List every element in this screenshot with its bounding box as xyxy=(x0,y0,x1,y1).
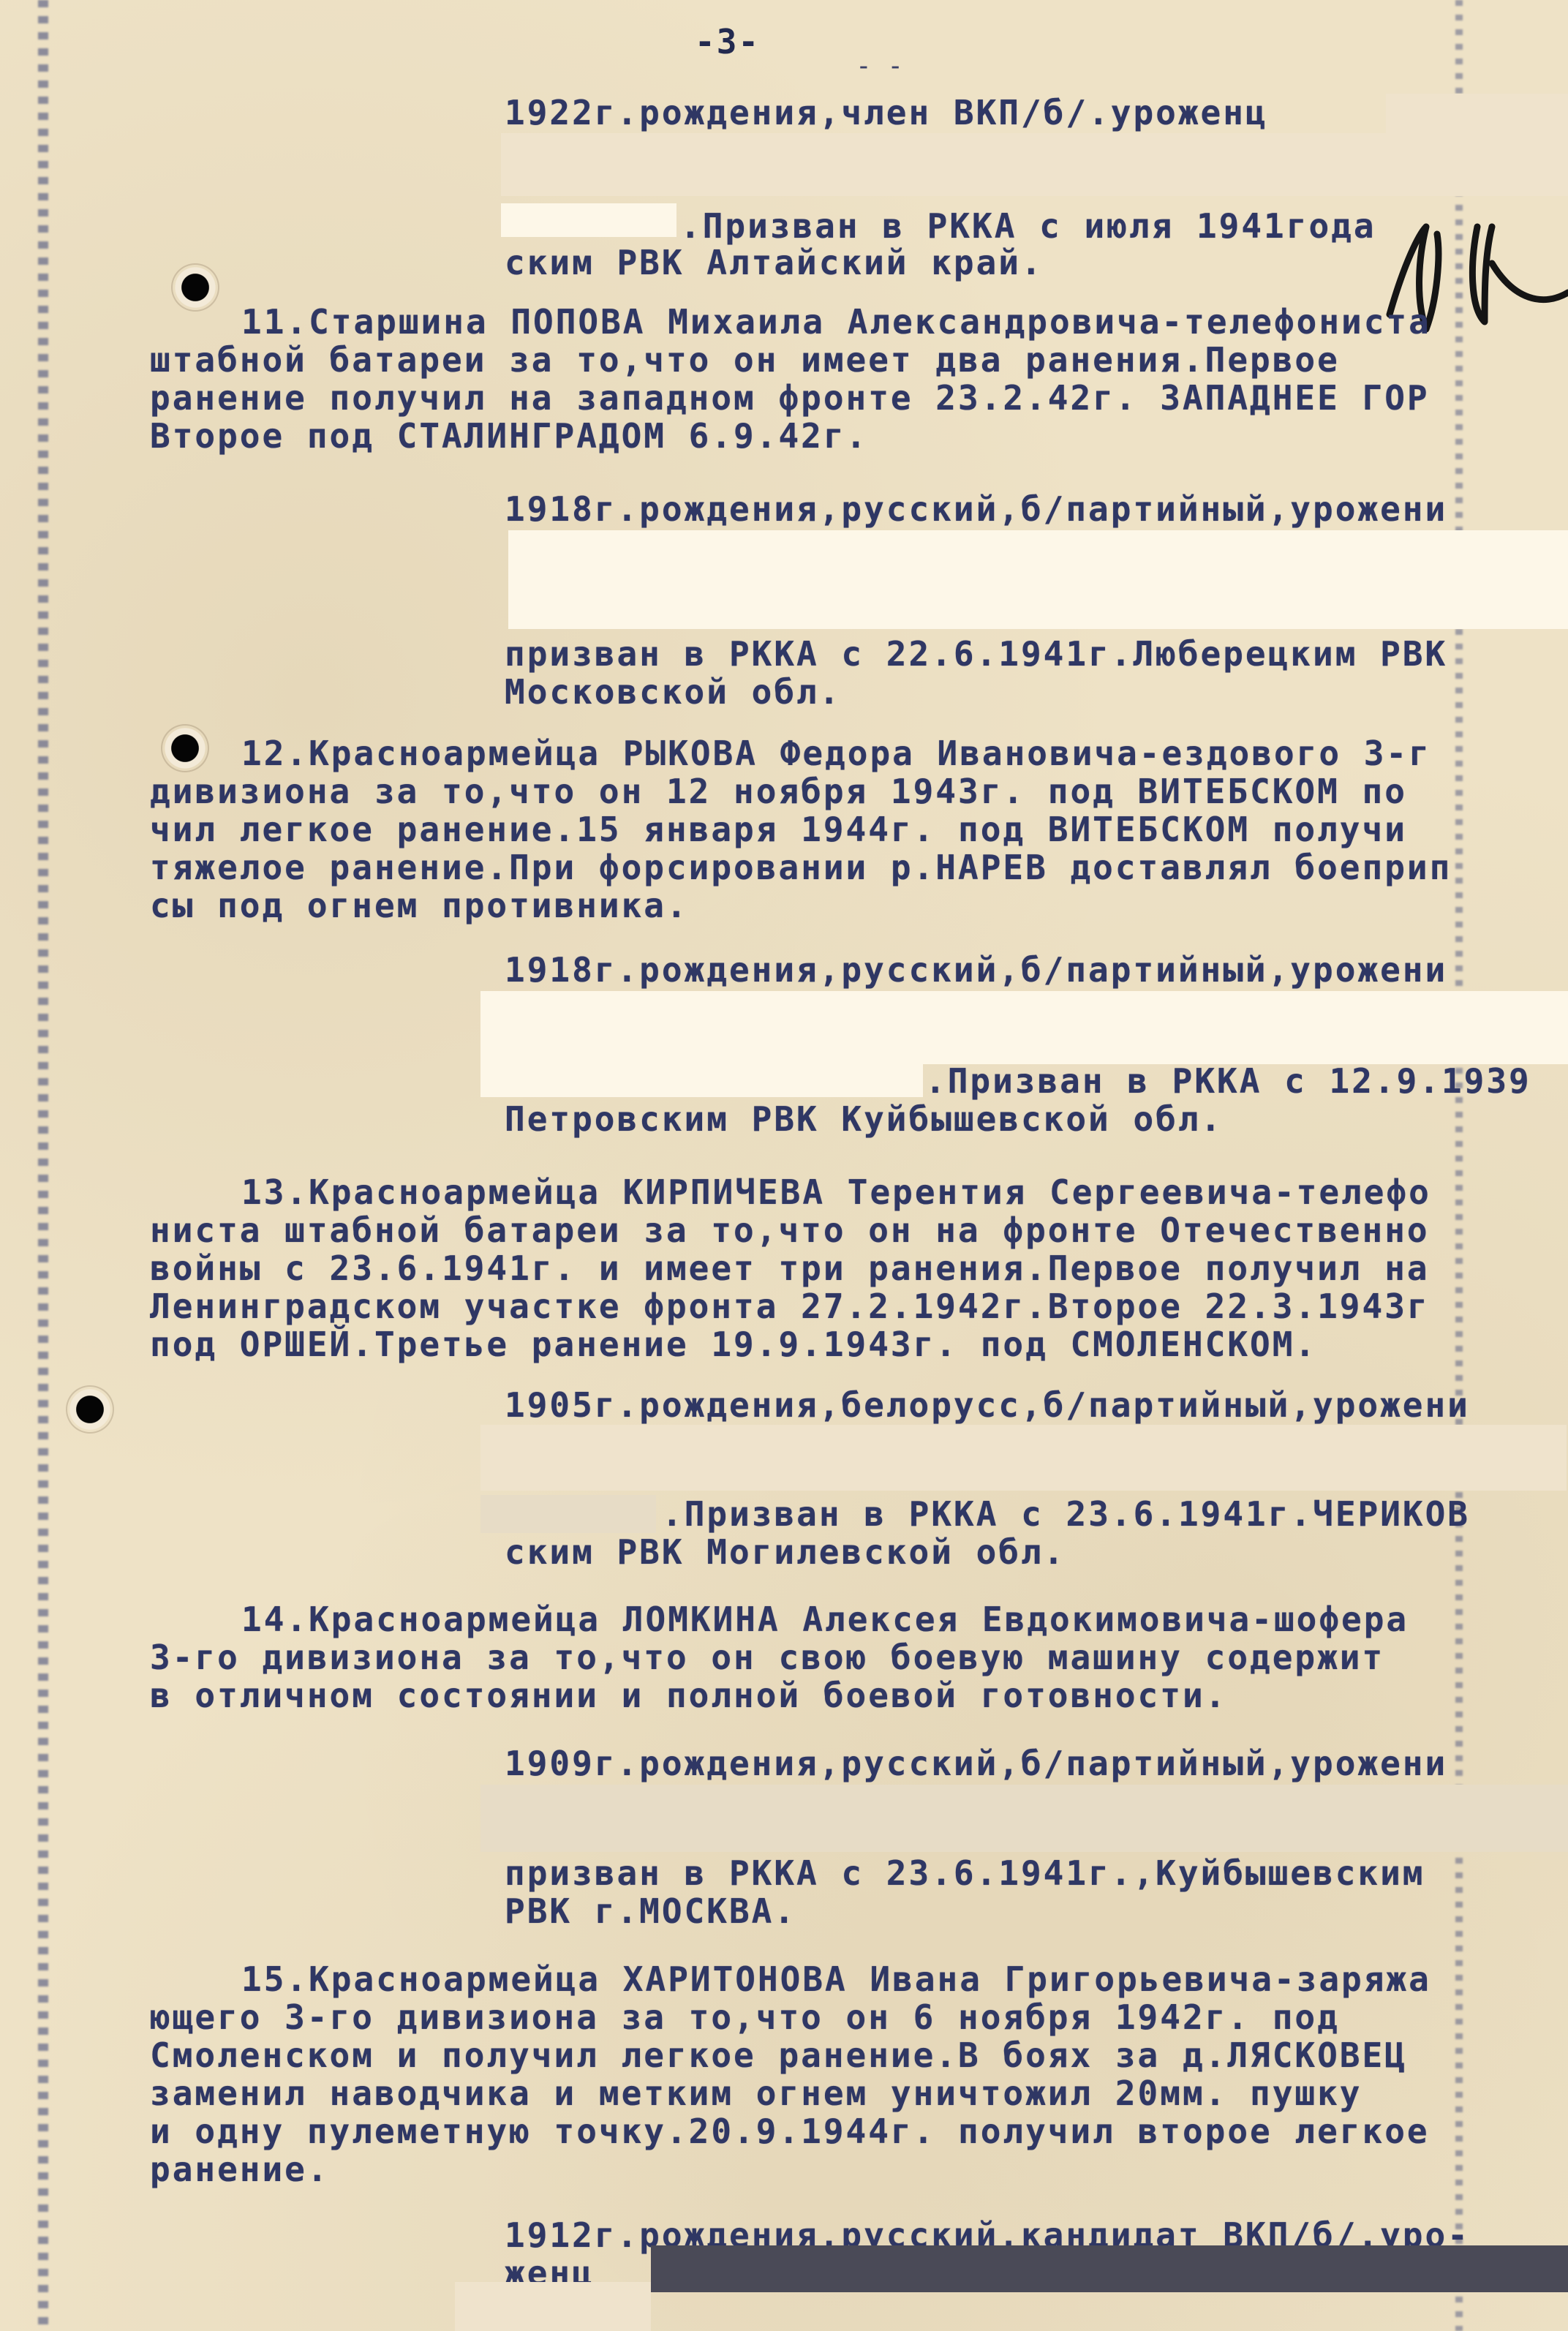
citation-line: заменил наводчика и метким огнем уничтож… xyxy=(150,2074,1362,2112)
details-line: призван в РККА с 22.6.1941г.Люберецким Р… xyxy=(505,635,1447,673)
page-number: -3- xyxy=(695,22,760,61)
binding-hole-icon xyxy=(173,265,218,310)
details-line: 1918г.рождения,русский,б/партийный,уроже… xyxy=(505,490,1447,528)
citation-line: ранение получил на западном фронте 23.2.… xyxy=(150,379,1430,417)
citation-line: и одну пулеметную точку.20.9.1944г. полу… xyxy=(150,2112,1430,2150)
citation-line: Ленинградском участке фронта 27.2.1942г.… xyxy=(150,1287,1430,1325)
redaction-block xyxy=(651,2245,1568,2292)
redaction-block xyxy=(501,203,676,237)
citation-line: 15.Красноармейца ХАРИТОНОВА Ивана Григор… xyxy=(241,1960,1431,1998)
citation-line: ранение. xyxy=(150,2150,330,2188)
citation-line: ниста штабной батареи за то,что он на фр… xyxy=(150,1211,1430,1249)
citation-line: 3-го дивизиона за то,что он свою боевую … xyxy=(150,1638,1384,1676)
citation-line: в отличном состоянии и полной боевой гот… xyxy=(150,1676,1227,1714)
citation-line: дивизиона за то,что он 12 ноября 1943г. … xyxy=(150,772,1407,810)
redaction-block xyxy=(1386,94,1568,138)
citation-line: чил легкое ранение.15 января 1944г. под … xyxy=(150,810,1407,848)
redaction-block xyxy=(480,1495,656,1533)
binding-hole-icon xyxy=(162,726,208,771)
details-line: призван в РККА с 23.6.1941г.,Куйбышевски… xyxy=(505,1854,1425,1892)
citation-line: ющего 3-го дивизиона за то,что он 6 нояб… xyxy=(150,1998,1340,2036)
citation-line: Смоленском и получил легкое ранение.В бо… xyxy=(150,2036,1407,2074)
details-line: Петровским РВК Куйбышевской обл. xyxy=(505,1100,1223,1138)
redaction-block xyxy=(480,1061,923,1097)
details-line: Московской обл. xyxy=(505,673,841,711)
citation-line: сы под огнем противника. xyxy=(150,886,689,925)
details-line: 1922г.рождения,член ВКП/б/.уроженц xyxy=(505,94,1268,132)
citation-line: под ОРШЕЙ.Третье ранение 19.9.1943г. под… xyxy=(150,1325,1317,1363)
details-line: 1909г.рождения,русский,б/партийный,уроже… xyxy=(505,1744,1447,1782)
citation-line: 12.Красноармейца РЫКОВА Федора Ивановича… xyxy=(241,734,1431,772)
citation-line: войны с 23.6.1941г. и имеет три ранения.… xyxy=(150,1249,1430,1287)
archival-document-page: -3- - - 1922г.рождения,член ВКП/б/.уроже… xyxy=(0,0,1568,2331)
citation-line: 11.Старшина ПОПОВА Михаила Александрович… xyxy=(241,303,1431,341)
redaction-block xyxy=(501,133,1568,196)
details-line: ским РВК Могилевской обл. xyxy=(505,1533,1066,1571)
citation-line: тяжелое ранение.При форсировании р.НАРЕВ… xyxy=(150,848,1452,886)
left-margin-dashed-line xyxy=(38,0,48,2331)
details-line: .Призван в РККА с июля 1941года xyxy=(680,207,1376,245)
details-line: .Призван в РККА с 12.9.1939 xyxy=(925,1062,1531,1100)
redaction-block xyxy=(480,991,1568,1064)
citation-line: 13.Красноармейца КИРПИЧЕВА Терентия Серг… xyxy=(241,1173,1431,1211)
redaction-block xyxy=(480,1425,1567,1491)
right-fold-dashed-line xyxy=(1455,0,1463,2331)
citation-line: штабной батареи за то,что он имеет два р… xyxy=(150,341,1340,379)
header-mark: - - xyxy=(856,51,903,81)
binding-hole-icon xyxy=(67,1387,113,1432)
citation-line: Второе под СТАЛИНГРАДОМ 6.9.42г. xyxy=(150,417,868,455)
details-line: 1905г.рождения,белорусс,б/партийный,урож… xyxy=(505,1386,1470,1424)
redaction-block xyxy=(480,1785,1568,1852)
details-line: 1918г.рождения,русский,б/партийный,уроже… xyxy=(505,951,1447,989)
redaction-block xyxy=(455,2282,651,2331)
details-line: .Призван в РККА с 23.6.1941г.ЧЕРИКОВ xyxy=(662,1495,1470,1533)
details-line: ским РВК Алтайский край. xyxy=(505,244,1044,282)
citation-line: 14.Красноармейца ЛОМКИНА Алексея Евдоким… xyxy=(241,1600,1409,1638)
details-line: РВК г.МОСКВА. xyxy=(505,1892,796,1930)
redaction-block xyxy=(508,530,1568,629)
